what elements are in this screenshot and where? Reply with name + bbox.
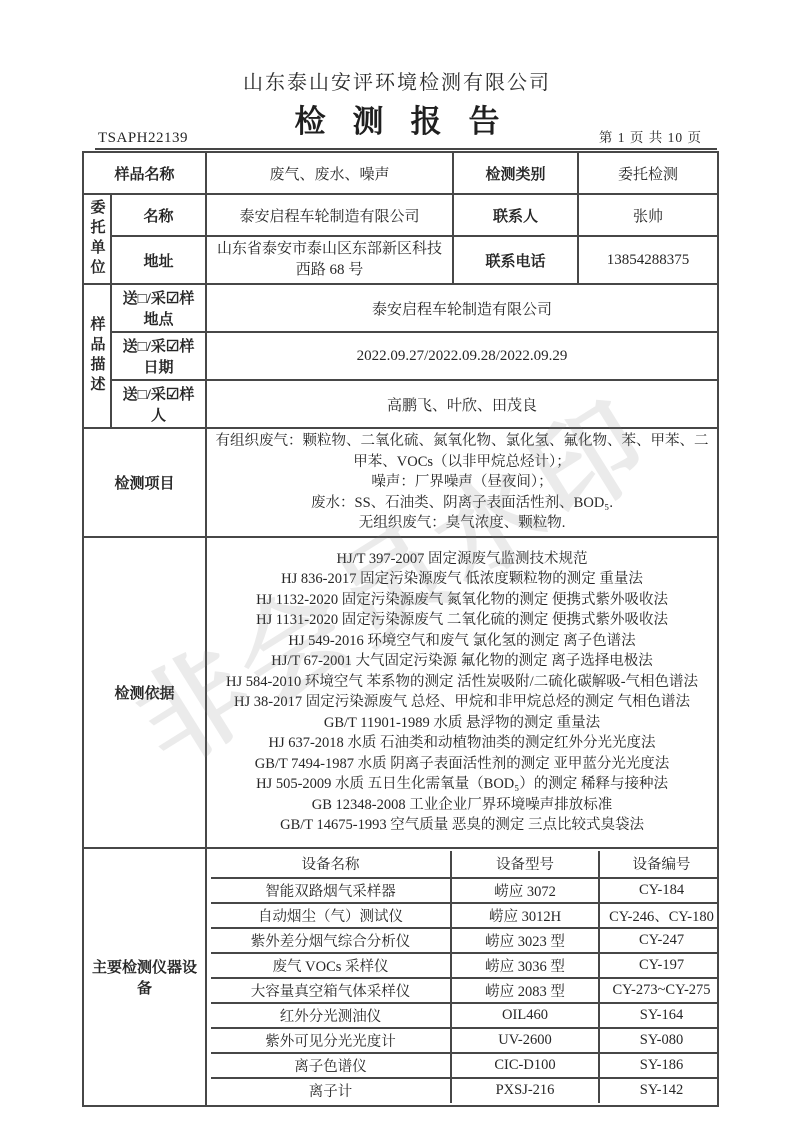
equipment-name: 废气 VOCs 采样仪 [211,953,451,978]
equipment-header-row: 设备名称 设备型号 设备编号 [211,851,718,878]
test-item-line: 有组织废气：颗粒物、二氧化硫、氮氧化物、氯化氢、氟化物、苯、甲苯、二甲苯、VOC… [211,431,713,472]
equipment-row: 离子色谱仪 CIC-D100 SY-186 [211,1053,718,1078]
client-group-label: 委托单位 [83,194,111,284]
equipment-row: 智能双路烟气采样器 崂应 3072 CY-184 [211,878,718,903]
table-row: 委托单位 名称 泰安启程车轮制造有限公司 联系人 张帅 [83,194,718,236]
client-name-label: 名称 [111,194,206,236]
sampler-value: 高鹏飞、叶欣、田茂良 [206,380,718,428]
equipment-number: SY-080 [599,1028,718,1053]
sample-name-value: 废气、废水、噪声 [206,152,453,194]
equipment-col-number: 设备编号 [599,851,718,878]
equipment-name: 离子色谱仪 [211,1053,451,1078]
test-basis-line: HJ/T 67-2001 大气固定污染源 氟化物的测定 离子选择电极法 [211,651,713,672]
equipment-number: CY-273~CY-275 [599,978,718,1003]
equipment-number: SY-142 [599,1078,718,1103]
equipment-model: PXSJ-216 [451,1078,599,1103]
equipment-number: SY-186 [599,1053,718,1078]
report-page: 山东泰山安评环境检测有限公司 检测报告 TSAPH22139 第 1 页 共 1… [0,0,794,1122]
address-label: 地址 [111,236,206,284]
client-name-value: 泰安启程车轮制造有限公司 [206,194,453,236]
page-number-info: 第 1 页 共 10 页 [599,126,702,146]
test-basis-line: HJ 549-2016 环境空气和废气 氯化氢的测定 离子色谱法 [211,631,713,652]
table-row: 主要检测仪器设备 设备名称 设备型号 设备编号 智能双路烟气采样器 崂应 307… [83,848,718,1106]
sampler-label: 送□/采☑样人 [111,380,206,428]
table-row: 样品名称 废气、废水、噪声 检测类别 委托检测 [83,152,718,194]
test-item-line: 无组织废气：臭气浓度、颗粒物. [211,513,713,534]
phone-value: 13854288375 [578,236,718,284]
equipment-model: CIC-D100 [451,1053,599,1078]
table-row: 样品描述 送□/采☑样地点 泰安启程车轮制造有限公司 [83,284,718,332]
equipment-name: 紫外差分烟气综合分析仪 [211,928,451,953]
sampling-date-label: 送□/采☑样日期 [111,332,206,380]
test-basis-line: HJ/T 397-2007 固定源废气监测技术规范 [211,549,713,570]
test-basis-value: HJ/T 397-2007 固定源废气监测技术规范 HJ 836-2017 固定… [206,537,718,848]
sample-name-label: 样品名称 [83,152,206,194]
table-row: 检测依据 HJ/T 397-2007 固定源废气监测技术规范 HJ 836-20… [83,537,718,848]
equipment-number: CY-184 [599,878,718,903]
test-basis-line: HJ 38-2017 固定污染源废气 总烃、甲烷和非甲烷总烃的测定 气相色谱法 [211,692,713,713]
test-items-value: 有组织废气：颗粒物、二氧化硫、氮氧化物、氯化氢、氟化物、苯、甲苯、二甲苯、VOC… [206,428,718,537]
test-basis-line: GB/T 11901-1989 水质 悬浮物的测定 重量法 [211,713,713,734]
equipment-model: 崂应 3072 [451,878,599,903]
test-basis-line: GB 12348-2008 工业企业厂界环境噪声排放标准 [211,795,713,816]
test-item-line: 废水：SS、石油类、阴离子表面活性剂、BOD₅. [211,493,713,514]
test-type-label: 检测类别 [453,152,578,194]
header-rule [95,148,717,150]
test-basis-line: GB/T 14675-1993 空气质量 恶臭的测定 三点比较式臭袋法 [211,815,713,836]
equipment-name: 紫外可见分光光度计 [211,1028,451,1053]
test-basis-line: HJ 584-2010 环境空气 苯系物的测定 活性炭吸附/二硫化碳解吸-气相色… [211,672,713,693]
equipment-row: 大容量真空箱气体采样仪 崂应 2083 型 CY-273~CY-275 [211,978,718,1003]
test-basis-line: HJ 1131-2020 固定污染源废气 二氧化硫的测定 便携式紫外吸收法 [211,610,713,631]
equipment-model: UV-2600 [451,1028,599,1053]
equipment-label: 主要检测仪器设备 [83,848,206,1106]
equipment-row: 紫外差分烟气综合分析仪 崂应 3023 型 CY-247 [211,928,718,953]
phone-label: 联系电话 [453,236,578,284]
equipment-model: OIL460 [451,1003,599,1028]
equipment-model: 崂应 3012H [451,903,599,928]
company-name: 山东泰山安评环境检测有限公司 [0,66,794,95]
address-value: 山东省泰安市泰山区东部新区科技西路 68 号 [206,236,453,284]
equipment-number: CY-197 [599,953,718,978]
equipment-col-model: 设备型号 [451,851,599,878]
equipment-row: 废气 VOCs 采样仪 崂应 3036 型 CY-197 [211,953,718,978]
sampling-date-value: 2022.09.27/2022.09.28/2022.09.29 [206,332,718,380]
test-type-value: 委托检测 [578,152,718,194]
equipment-name: 智能双路烟气采样器 [211,878,451,903]
equipment-col-name: 设备名称 [211,851,451,878]
sample-group-label: 样品描述 [83,284,111,428]
equipment-table-cell: 设备名称 设备型号 设备编号 智能双路烟气采样器 崂应 3072 CY-184 … [206,848,718,1106]
equipment-row: 离子计 PXSJ-216 SY-142 [211,1078,718,1103]
equipment-table: 设备名称 设备型号 设备编号 智能双路烟气采样器 崂应 3072 CY-184 … [211,851,718,1103]
equipment-row: 红外分光测油仪 OIL460 SY-164 [211,1003,718,1028]
equipment-model: 崂应 3036 型 [451,953,599,978]
equipment-name: 大容量真空箱气体采样仪 [211,978,451,1003]
sampling-site-value: 泰安启程车轮制造有限公司 [206,284,718,332]
test-basis-line: HJ 836-2017 固定污染源废气 低浓度颗粒物的测定 重量法 [211,569,713,590]
test-basis-line: HJ 1132-2020 固定污染源废气 氮氧化物的测定 便携式紫外吸收法 [211,590,713,611]
equipment-number: CY-247 [599,928,718,953]
table-row: 检测项目 有组织废气：颗粒物、二氧化硫、氮氧化物、氯化氢、氟化物、苯、甲苯、二甲… [83,428,718,537]
sampling-site-label: 送□/采☑样地点 [111,284,206,332]
test-items-label: 检测项目 [83,428,206,537]
test-basis-line: HJ 505-2009 水质 五日生化需氧量（BOD₅）的测定 稀释与接种法 [211,774,713,795]
report-number: TSAPH22139 [98,130,188,147]
table-row: 送□/采☑样日期 2022.09.27/2022.09.28/2022.09.2… [83,332,718,380]
contact-value: 张帅 [578,194,718,236]
equipment-row: 自动烟尘（气）测试仪 崂应 3012H CY-246、CY-180 [211,903,718,928]
equipment-number: CY-246、CY-180 [599,903,718,928]
equipment-row: 紫外可见分光光度计 UV-2600 SY-080 [211,1028,718,1053]
equipment-name: 自动烟尘（气）测试仪 [211,903,451,928]
equipment-name: 红外分光测油仪 [211,1003,451,1028]
test-basis-label: 检测依据 [83,537,206,848]
test-basis-line: GB/T 7494-1987 水质 阴离子表面活性剂的测定 亚甲蓝分光光度法 [211,754,713,775]
equipment-name: 离子计 [211,1078,451,1103]
equipment-model: 崂应 2083 型 [451,978,599,1003]
contact-label: 联系人 [453,194,578,236]
equipment-model: 崂应 3023 型 [451,928,599,953]
test-item-line: 噪声：厂界噪声（昼夜间）； [211,472,713,493]
table-row: 地址 山东省泰安市泰山区东部新区科技西路 68 号 联系电话 138542883… [83,236,718,284]
test-basis-line: HJ 637-2018 水质 石油类和动植物油类的测定红外分光光度法 [211,733,713,754]
report-info-table: 样品名称 废气、废水、噪声 检测类别 委托检测 委托单位 名称 泰安启程车轮制造… [82,151,719,1107]
table-row: 送□/采☑样人 高鹏飞、叶欣、田茂良 [83,380,718,428]
equipment-number: SY-164 [599,1003,718,1028]
